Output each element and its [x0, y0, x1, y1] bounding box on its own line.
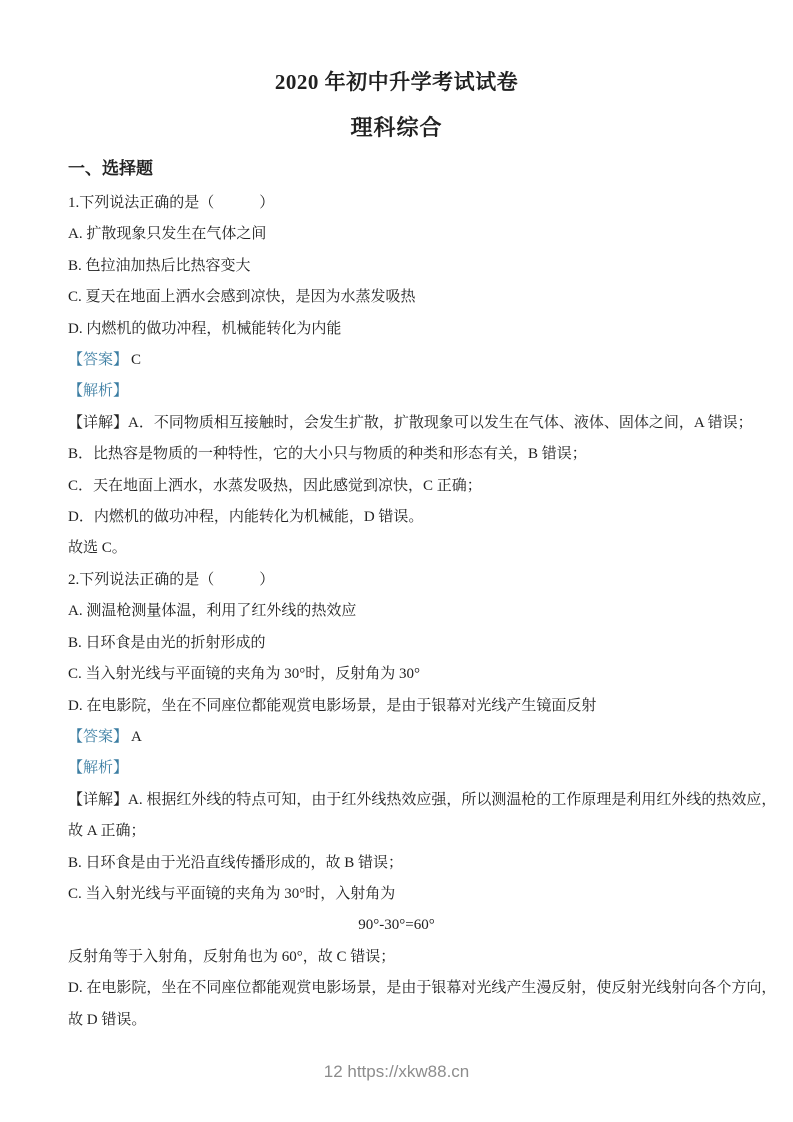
q1-explanation-line: C．天在地面上洒水，水蒸发吸热，因此感觉到凉快，C 正确；: [68, 471, 725, 502]
q1-explanation-line: 【详解】A．不同物质相互接触时，会发生扩散，扩散现象可以发生在气体、液体、固体之…: [68, 408, 725, 439]
q2-option-a: A. 测温枪测量体温，利用了红外线的热效应: [68, 596, 725, 627]
q2-conclusion: 故 D 错误。: [68, 1005, 725, 1036]
q2-explanation-line: D. 在电影院，坐在不同座位都能观赏电影场景，是由于银幕对光线产生漫反射，使反射…: [68, 973, 725, 1004]
q2-stem: 2.下列说法正确的是（ ）: [68, 565, 725, 596]
q2-explanation-line: 故 A 正确；: [68, 816, 725, 847]
q2-answer-line: 【答案】A: [68, 722, 725, 753]
q1-stem: 1.下列说法正确的是（ ）: [68, 188, 725, 219]
page-title: 2020 年初中升学考试试卷: [0, 60, 793, 105]
q1-answer-line: 【答案】C: [68, 345, 725, 376]
q2-explanation-line: C. 当入射光线与平面镜的夹角为 30°时，入射角为: [68, 879, 725, 910]
section-heading: 一、选择题: [68, 150, 725, 188]
q2-analysis-label: 【解析】: [68, 760, 128, 776]
q1-option-c: C. 夏天在地面上洒水会感到凉快，是因为水蒸发吸热: [68, 282, 725, 313]
q1-analysis-line: 【解析】: [68, 376, 725, 407]
q1-option-d: D. 内燃机的做功冲程，机械能转化为内能: [68, 314, 725, 345]
q1-option-b: B. 色拉油加热后比热容变大: [68, 251, 725, 282]
q2-analysis-line: 【解析】: [68, 753, 725, 784]
page-subtitle: 理科综合: [0, 105, 793, 150]
q2-answer-label: 【答案】: [68, 729, 128, 745]
document-header: 2020 年初中升学考试试卷 理科综合: [0, 0, 793, 150]
q1-conclusion: 故选 C。: [68, 533, 725, 564]
q2-option-b: B. 日环食是由光的折射形成的: [68, 628, 725, 659]
document-page: 2020 年初中升学考试试卷 理科综合 一、选择题 1.下列说法正确的是（ ） …: [0, 0, 793, 1122]
q1-option-a: A. 扩散现象只发生在气体之间: [68, 219, 725, 250]
q1-answer-value: C: [131, 352, 141, 368]
q1-explanation-line: B．比热容是物质的一种特性，它的大小只与物质的种类和形态有关，B 错误；: [68, 439, 725, 470]
q2-formula: 90°-30°=60°: [68, 910, 725, 941]
page-footer: 12 https://xkw88.cn: [0, 1062, 793, 1082]
document-body: 一、选择题 1.下列说法正确的是（ ） A. 扩散现象只发生在气体之间 B. 色…: [0, 150, 793, 1036]
q2-answer-value: A: [131, 729, 142, 745]
q2-explanation-line: B. 日环食是由于光沿直线传播形成的，故 B 错误；: [68, 848, 725, 879]
q2-explanation-line: 反射角等于入射角，反射角也为 60°，故 C 错误；: [68, 942, 725, 973]
q2-option-d: D. 在电影院，坐在不同座位都能观赏电影场景，是由于银幕对光线产生镜面反射: [68, 691, 725, 722]
q1-analysis-label: 【解析】: [68, 383, 128, 399]
q1-explanation-line: D．内燃机的做功冲程，内能转化为机械能，D 错误。: [68, 502, 725, 533]
q2-option-c: C. 当入射光线与平面镜的夹角为 30°时，反射角为 30°: [68, 659, 725, 690]
q2-explanation-line: 【详解】A. 根据红外线的特点可知，由于红外线热效应强，所以测温枪的工作原理是利…: [68, 785, 725, 816]
q1-answer-label: 【答案】: [68, 352, 128, 368]
